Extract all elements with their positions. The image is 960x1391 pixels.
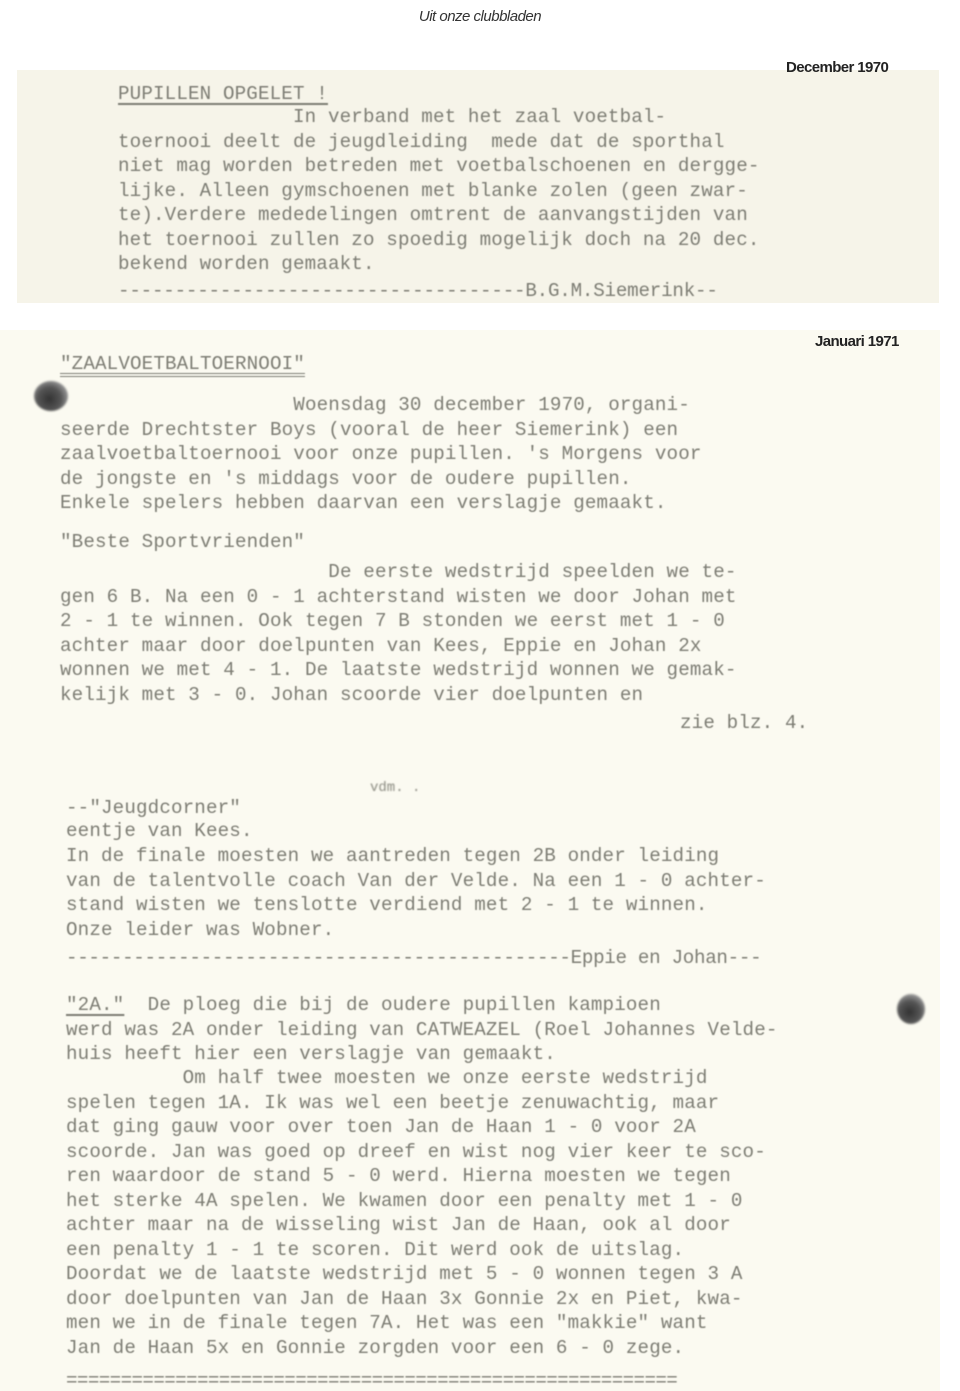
text-line: In verband met het zaal voetbal- [118, 105, 666, 130]
text-line: niet mag worden betreden met voetbalscho… [118, 154, 760, 179]
text-line: achter maar door doelpunten van Kees, Ep… [60, 634, 702, 659]
greeting: "Beste Sportvrienden" [60, 530, 305, 555]
clipping-date: Januari 1971 [815, 333, 899, 350]
text-line: toernooi deelt de jeugdleiding mede dat … [118, 130, 725, 155]
text-line: van de talentvolle coach Van der Velde. … [66, 869, 766, 894]
text-line: spelen tegen 1A. Ik was wel een beetje z… [66, 1091, 719, 1116]
text-line: Woensdag 30 december 1970, organi- [60, 393, 690, 418]
corner-signature: ----------------------------------------… [66, 946, 761, 971]
clipping-heading: PUPILLEN OPGELET ! [118, 82, 328, 107]
final-rule: ========================================… [66, 1369, 677, 1391]
text-line: seerde Drechtster Boys (vooral de heer S… [60, 418, 678, 443]
text-line: te).Verdere mededelingen omtrent de aanv… [118, 203, 748, 228]
text-line: Enkele spelers hebben daarvan een versla… [60, 491, 667, 516]
text-line: het sterke 4A spelen. We kwamen door een… [66, 1189, 743, 1214]
text-line: 2 - 1 te winnen. Ook tegen 7 B stonden w… [60, 609, 725, 634]
text-line: de jongste en 's middags voor de oudere … [60, 467, 632, 492]
text-line: eentje van Kees. [66, 819, 253, 844]
text-line: Jan de Haan 5x en Gonnie zorgden voor ee… [66, 1336, 684, 1361]
clipping-date: December 1970 [786, 59, 888, 76]
text-line: Onze leider was Wobner. [66, 918, 334, 943]
text-line: een penalty 1 - 1 te scoren. Dit werd oo… [66, 1238, 684, 1263]
text-line: scoorde. Jan was goed op dreef en wist n… [66, 1140, 766, 1165]
text-line: zaalvoetbaltoernooi voor onze pupillen. … [60, 442, 702, 467]
page-caption: Uit onze clubbladen [0, 8, 960, 25]
text-line: men we in de finale tegen 7A. Het was ee… [66, 1311, 708, 1336]
text-line: kelijk met 3 - 0. Johan scoorde vier doe… [60, 683, 643, 708]
text-line: achter maar na de wisseling wist Jan de … [66, 1213, 731, 1238]
text-line: bekend worden gemaakt. [118, 252, 375, 277]
text-line: Doordat we de laatste wedstrijd met 5 - … [66, 1262, 743, 1287]
punch-hole [897, 994, 925, 1024]
text-line: ren waardoor de stand 5 - 0 werd. Hierna… [66, 1164, 731, 1189]
text-line: stand wisten we tenslotte verdiend met 2… [66, 893, 708, 918]
text-line: het toernooi zullen zo spoedig mogelijk … [118, 228, 760, 253]
text-line: door doelpunten van Jan de Haan 3x Gonni… [66, 1287, 743, 1312]
corner-heading: --"Jeugdcorner" [66, 796, 241, 821]
text-line: In de finale moesten we aantreden tegen … [66, 844, 719, 869]
text-line: wonnen we met 4 - 1. De laatste wedstrij… [60, 658, 737, 683]
text-line: huis heeft hier een verslagje van gemaak… [66, 1042, 556, 1067]
clipping-signature: ------------------------------------B.G.… [118, 279, 718, 304]
text-line: De eerste wedstrijd speelden we te- [60, 560, 737, 585]
text-line: werd was 2A onder leiding van CATWEAZEL … [66, 1018, 778, 1043]
text-line: lijke. Alleen gymschoenen met blanke zol… [118, 179, 748, 204]
text-line: dat ging gauw voor over toen Jan de Haan… [66, 1115, 696, 1140]
text-line: Om half twee moesten we onze eerste weds… [66, 1066, 708, 1091]
continued-note: zie blz. 4. [680, 711, 808, 736]
text-line: gen 6 B. Na een 0 - 1 achterstand wisten… [60, 585, 737, 610]
page-mark: vdm. . [370, 780, 420, 796]
clipping-heading: "ZAALVOETBALTOERNOOI" [60, 352, 305, 377]
text-line: De ploeg die bij de oudere pupillen kamp… [66, 993, 661, 1018]
